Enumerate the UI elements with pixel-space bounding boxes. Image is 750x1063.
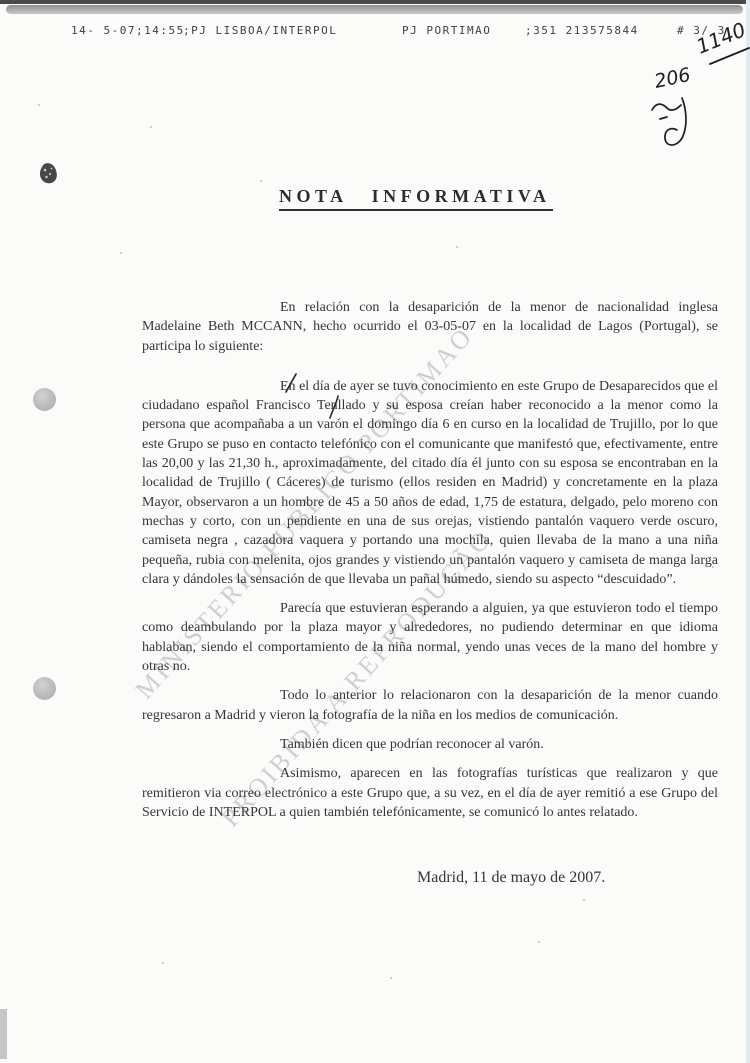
scan-speck <box>150 126 152 128</box>
scan-roller-bar <box>6 5 743 14</box>
pen-stroke <box>284 372 298 394</box>
handwritten-annotations: 1140 206 <box>630 18 750 168</box>
document-title: NOTA INFORMATIVA <box>279 186 553 211</box>
paragraph-behaviour: Parecía que estuvieran esperando a algui… <box>142 599 718 676</box>
fax-recipient: PJ PORTIMAO <box>402 24 491 37</box>
handwritten-number-206: 206 <box>652 64 692 93</box>
paragraph-sighting-description: En el día de ayer se tuvo conocimiento e… <box>142 377 718 589</box>
paragraph-intro: En relación con la desaparición de la me… <box>142 298 718 356</box>
scan-top-edge <box>0 0 750 4</box>
document-dateline: Madrid, 11 de mayo de 2007. <box>417 869 605 887</box>
scan-speck <box>260 180 262 182</box>
handwritten-initials-squiggle <box>652 98 686 145</box>
paragraph-recognition: También dicen que podrían reconocer al v… <box>142 735 718 754</box>
scan-speck <box>120 252 122 254</box>
pen-stroke <box>327 394 341 420</box>
fax-timestamp: 14- 5-07;14:55 <box>71 24 185 37</box>
hole-punch-mark <box>33 677 56 700</box>
scan-speck <box>538 941 540 943</box>
scan-bottom-edge-artifact <box>0 1009 7 1059</box>
fax-number: ;351 213575844 <box>525 24 639 37</box>
document-body: En relación con la desaparición de la me… <box>142 298 718 832</box>
paragraph-photos-interpol: Asimismo, aparecen en las fotografías tu… <box>142 764 718 822</box>
fax-document-page: 14- 5-07;14:55 ;PJ LISBOA/INTERPOL PJ PO… <box>0 0 750 1063</box>
scan-speck <box>456 246 458 248</box>
paragraph-relation-to-case: Todo lo anterior lo relacionaron con la … <box>142 686 718 725</box>
scan-speck <box>162 962 164 964</box>
scan-speck <box>583 899 585 901</box>
scan-speck <box>38 104 40 106</box>
hole-punch-mark <box>33 388 56 411</box>
stamp-mark <box>36 159 60 187</box>
fax-sender: ;PJ LISBOA/INTERPOL <box>183 24 337 37</box>
handwritten-number-1140: 1140 <box>693 18 749 59</box>
scan-speck <box>390 977 392 979</box>
